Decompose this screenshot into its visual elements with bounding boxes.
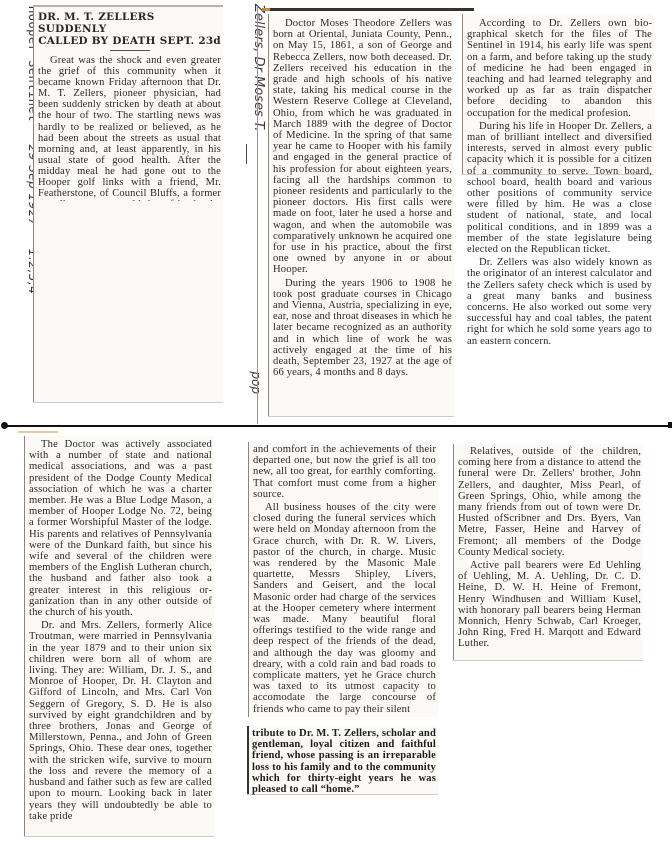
paragraph: Doctor Moses Theodore Zellers was born a… [273, 18, 452, 276]
handwritten-subject-name: Zellers, Dr Moses T. [251, 4, 266, 131]
underline-mark [246, 144, 247, 164]
top-border [454, 8, 468, 11]
separator-end [668, 422, 672, 428]
paragraph: Active pall bearers were Ed Uehl­ing of … [458, 560, 641, 650]
paragraph: According to Dr. Zellers own bio­graphic… [467, 18, 652, 119]
clipping-col1-top: DR. M. T. ZELLERS SUDDENLY CALLED BY DEA… [33, 7, 223, 201]
paragraph: During his life in Hooper Dr. Zel­lers, … [467, 121, 652, 255]
tape-edge [18, 431, 58, 433]
clipping-col2-bottom: and comfort in the achievements of their… [248, 442, 438, 717]
clipping-col1-bottom: The Doctor was actively associated with … [24, 436, 214, 836]
headline-line-2: CALLED BY DEATH SEPT. 23d [38, 35, 221, 47]
article-headline: DR. M. T. ZELLERS SUDDENLY CALLED BY DEA… [38, 11, 221, 47]
headline-rule [110, 50, 150, 51]
paragraph: and comfort in the achievements of their… [253, 444, 436, 500]
headline-line-1: DR. M. T. ZELLERS SUDDENLY [38, 11, 221, 35]
column-rule [257, 6, 258, 424]
paragraph: Dr. Zellers was also widely known as the… [467, 257, 652, 347]
clipping-col2-bottom-tail: tribute to Dr. M. T. Zellers, scholar an… [247, 726, 438, 794]
paragraph: All business houses of the city were clo… [253, 502, 436, 715]
clipping-col1-top-cont [33, 201, 223, 402]
clipping-col3-bottom: Relatives, outside of the children, comi… [453, 444, 643, 660]
top-border-accent [262, 8, 270, 11]
closing-paragraph: tribute to Dr. M. T. Zellers, scholar an… [252, 728, 436, 795]
paragraph: Dr. and Mrs. Zellers, formerly Alice Tro… [29, 620, 212, 822]
top-border [262, 8, 474, 11]
paragraph: During the years 1906 to 1908 he took po… [273, 278, 452, 379]
section-separator [4, 425, 672, 427]
paragraph: The Doctor was actively associated with … [29, 439, 212, 618]
paragraph: Relatives, outside of the children, comi… [458, 446, 641, 558]
handwritten-initials: dod [248, 371, 262, 394]
clipping-col3-top: According to Dr. Zellers own bio­graphic… [462, 14, 654, 174]
clipping-col2-top: Doctor Moses Theodore Zellers was born a… [268, 14, 454, 416]
